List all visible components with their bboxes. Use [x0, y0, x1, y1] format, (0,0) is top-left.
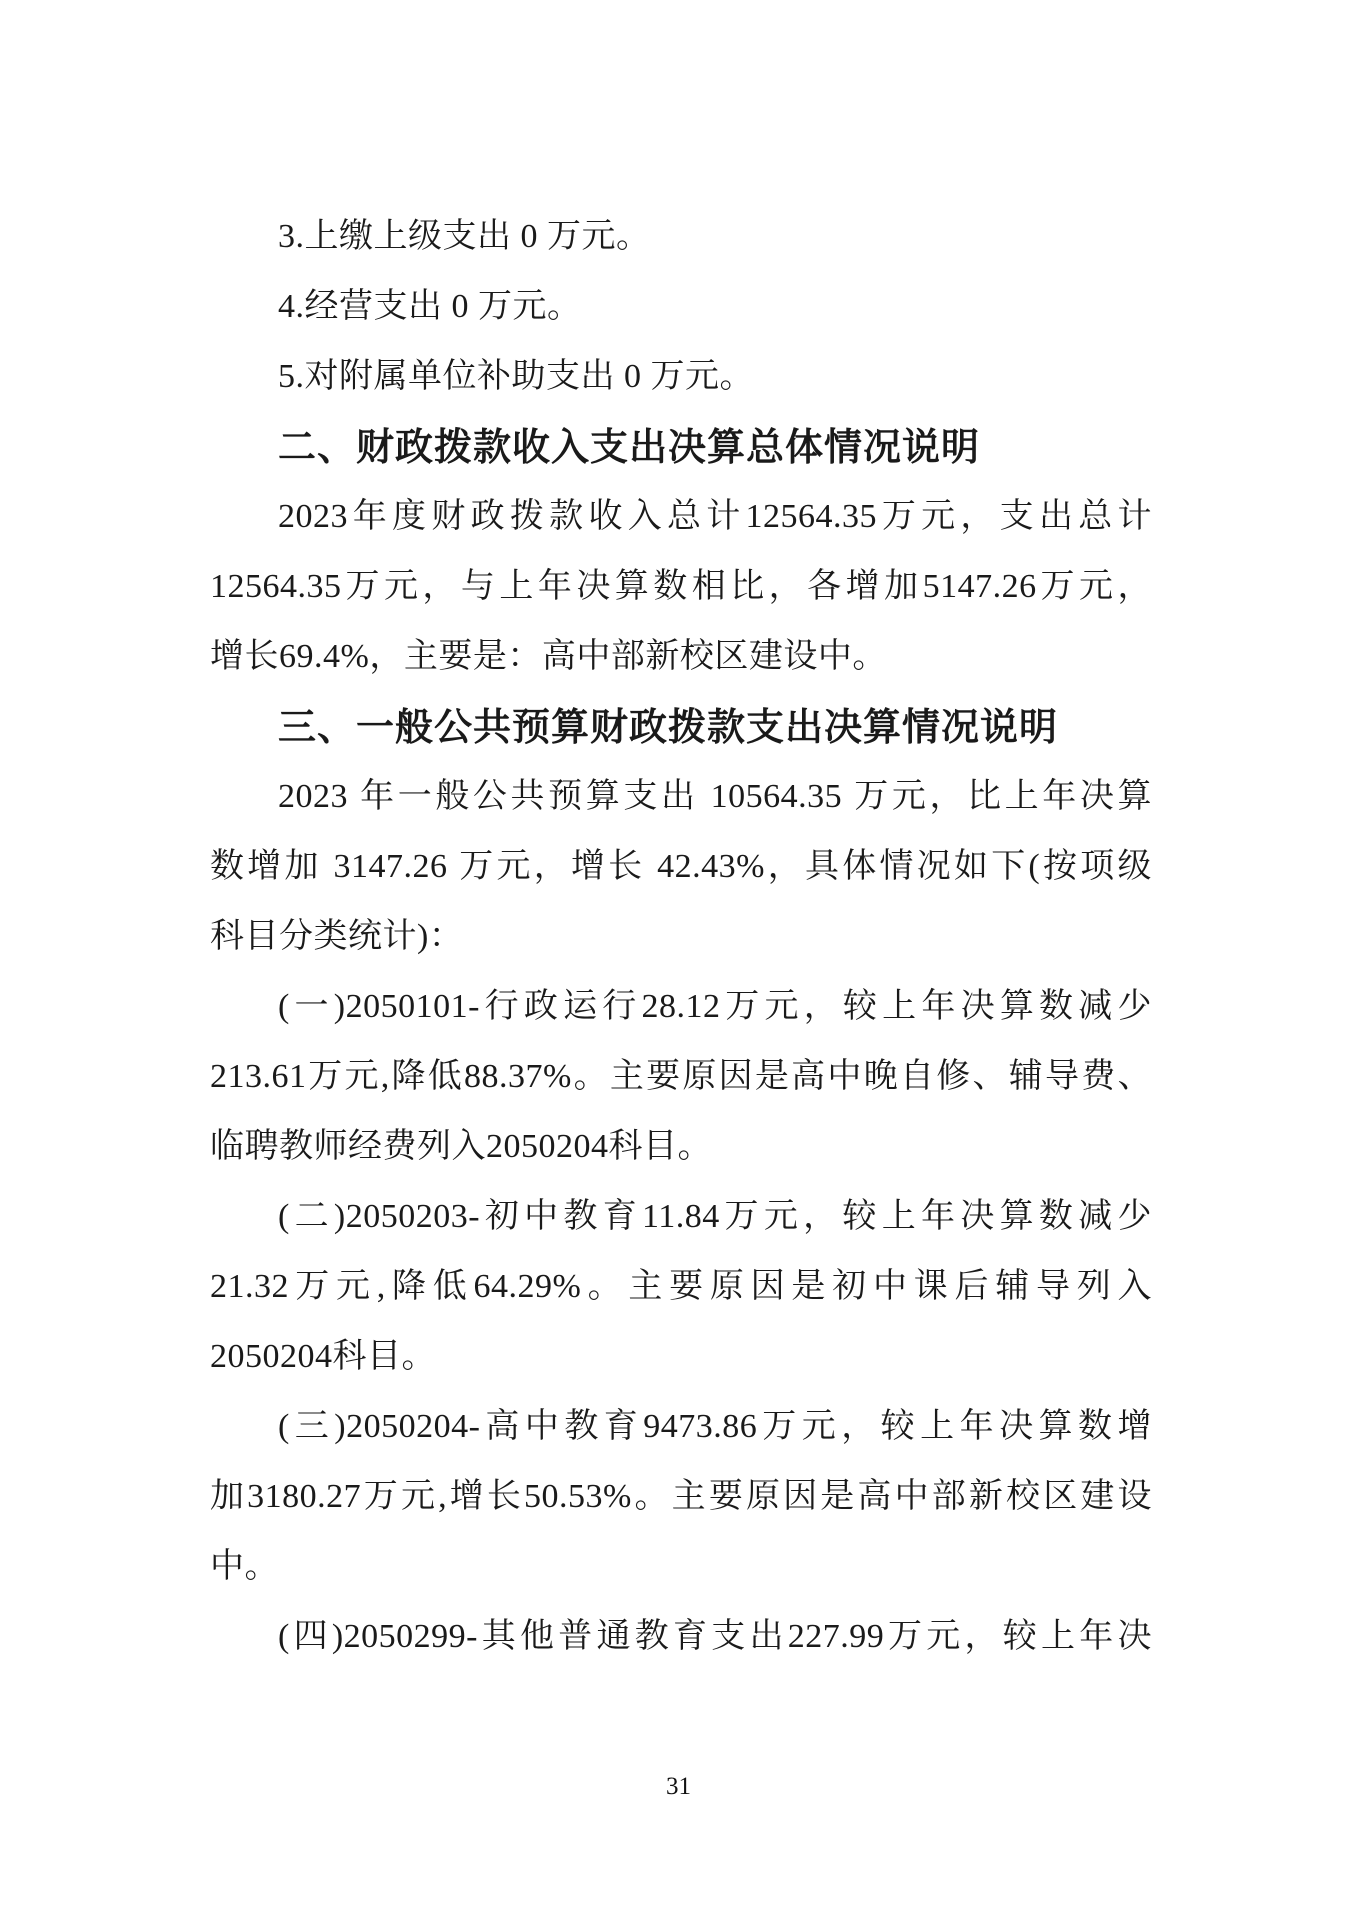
paragraph-line: 加3180.27万元,增长50.53%。主要原因是高中部新校区建设 [210, 1462, 1152, 1532]
paragraph-line: 2023 年一般公共预算支出 10564.35 万元，比上年决算 [210, 762, 1152, 832]
paragraph-line: 12564.35万元，与上年决算数相比，各增加5147.26万元， [210, 552, 1152, 622]
paragraph-line: (二)2050203-初中教育11.84万元，较上年决算数减少 [210, 1182, 1152, 1252]
paragraph-line: (三)2050204-高中教育9473.86万元，较上年决算数增 [210, 1392, 1152, 1462]
paragraph-line: 临聘教师经费列入2050204科目。 [210, 1112, 1152, 1182]
document-content: 3.上缴上级支出 0 万元。 4.经营支出 0 万元。 5.对附属单位补助支出 … [210, 202, 1152, 1672]
document-page: 3.上缴上级支出 0 万元。 4.经营支出 0 万元。 5.对附属单位补助支出 … [0, 0, 1357, 1920]
paragraph-line: 21.32万元,降低64.29%。主要原因是初中课后辅导列入 [210, 1252, 1152, 1322]
page-number: 31 [0, 1772, 1357, 1802]
paragraph-line: (四)2050299-其他普通教育支出227.99万元，较上年决 [210, 1602, 1152, 1672]
paragraph-line: 中。 [210, 1532, 1152, 1602]
list-item: 4.经营支出 0 万元。 [210, 272, 1152, 342]
paragraph-line: 2050204科目。 [210, 1322, 1152, 1392]
list-item: 3.上缴上级支出 0 万元。 [210, 202, 1152, 272]
paragraph-line: (一)2050101-行政运行28.12万元，较上年决算数减少 [210, 972, 1152, 1042]
paragraph-line: 213.61万元,降低88.37%。主要原因是高中晚自修、辅导费、 [210, 1042, 1152, 1112]
paragraph-line: 科目分类统计)： [210, 902, 1152, 972]
list-item: 5.对附属单位补助支出 0 万元。 [210, 342, 1152, 412]
paragraph-line: 增长69.4%，主要是：高中部新校区建设中。 [210, 622, 1152, 692]
section-heading: 三、一般公共预算财政拨款支出决算情况说明 [210, 692, 1152, 762]
paragraph-line: 2023年度财政拨款收入总计12564.35万元，支出总计 [210, 482, 1152, 552]
section-heading: 二、财政拨款收入支出决算总体情况说明 [210, 412, 1152, 482]
paragraph-line: 数增加 3147.26 万元，增长 42.43%，具体情况如下(按项级 [210, 832, 1152, 902]
